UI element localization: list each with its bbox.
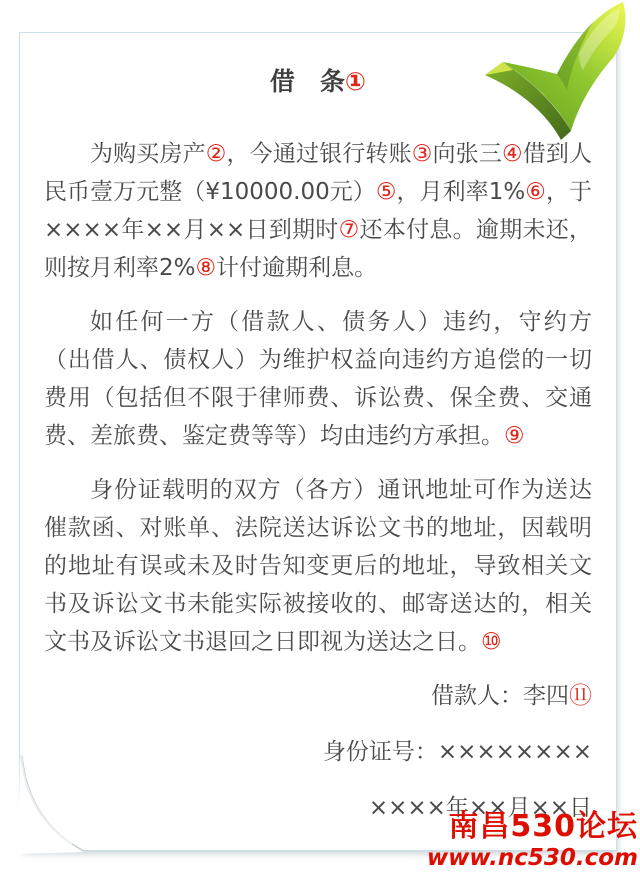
watermark-site-url: www.nc530.com [427,845,638,871]
circled-number-marker: ① [345,67,366,96]
signature-block: 借款人：李四⑪ 身份证号：×××××××× ××××年××月××日 [44,677,592,827]
paragraph-loan-terms: 为购买房产②，今通过银行转账③向张三④借到人民币壹万元整（¥10000.00元）… [44,135,592,287]
paragraph-breach-costs: 如任何一方（借款人、债务人）违约，守约方（出借人、债权人）为维护权益向违约方追偿… [44,303,592,455]
page-curl-icon [18,754,90,854]
text-segment: 借款人：李四 [431,683,569,709]
watermark: 南昌530论坛 www.nc530.com [427,808,638,871]
title-text: 借 条 [270,67,345,96]
text-segment: 计付逾期利息。 [216,255,377,281]
circled-number-marker: ④ [502,141,523,167]
circled-number-marker: ③ [412,141,433,167]
borrower-line: 借款人：李四⑪ [44,677,592,715]
circled-number-marker: ⑧ [196,255,217,281]
circled-number-marker: ⑤ [376,179,397,205]
circled-number-marker: ⑪ [569,683,592,709]
text-segment: 向张三 [433,141,502,167]
green-check-icon [473,0,635,140]
id-number-line: 身份证号：×××××××× [44,733,592,771]
text-segment: 身份证号：×××××××× [323,739,592,765]
circled-number-marker: ⑥ [525,179,546,205]
text-segment: ，月利率1% [397,179,526,205]
text-segment: 身份证载明的双方（各方）通讯地址可作为送达催款函、对账单、法院送达诉讼文书的地址… [44,477,592,655]
paragraph-service-address: 身份证载明的双方（各方）通讯地址可作为送达催款函、对账单、法院送达诉讼文书的地址… [44,471,592,661]
page-background: 借 条① 为购买房产②，今通过银行转账③向张三④借到人民币壹万元整（¥10000… [0,0,640,873]
text-segment: 为购买房产 [90,141,206,167]
circled-number-marker: ⑩ [481,629,502,655]
loan-note-card: 借 条① 为购买房产②，今通过银行转账③向张三④借到人民币壹万元整（¥10000… [19,32,617,851]
watermark-site-name: 南昌530论坛 [427,808,638,845]
text-segment: ，今通过银行转账 [227,141,412,167]
circled-number-marker: ⑦ [339,217,360,243]
circled-number-marker: ⑨ [504,423,525,449]
circled-number-marker: ② [206,141,227,167]
